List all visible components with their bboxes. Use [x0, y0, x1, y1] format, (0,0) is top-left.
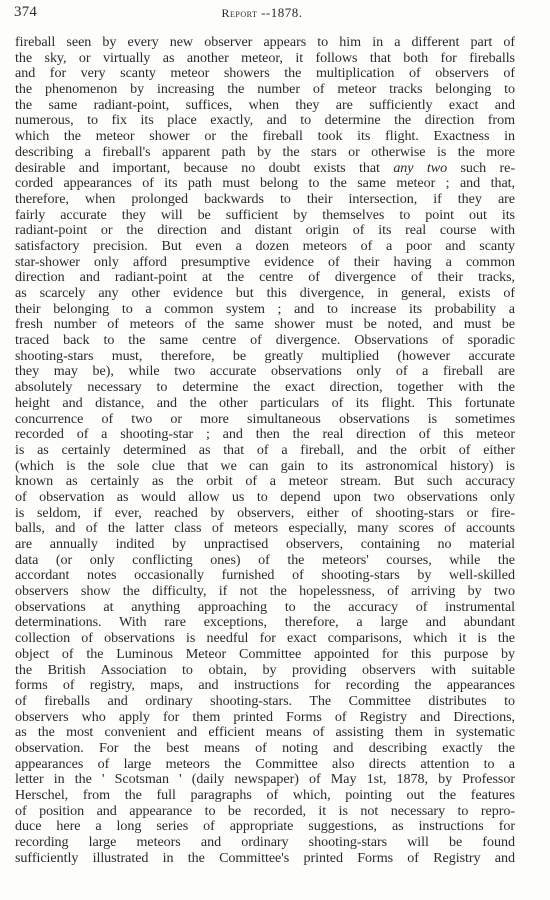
- text-line: observations at anything approaching to …: [15, 600, 515, 616]
- document-page: 374 Report --1878. fireball seen by ever…: [0, 0, 550, 900]
- text-line: as scarcely any other evidence but this …: [15, 286, 515, 302]
- text-line: and for very scanty meteor showers the m…: [15, 66, 515, 82]
- text-line: collection of observations is needful fo…: [15, 631, 515, 647]
- text-line: known as certainly as the orbit of a met…: [15, 474, 515, 490]
- text-line: is as certainly determined as that of a …: [15, 443, 515, 459]
- page-header: 374 Report --1878.: [14, 4, 510, 24]
- text-line: absolutely necessary to determine the ex…: [15, 380, 515, 396]
- text-line: their belonging to a common system ; and…: [15, 302, 515, 318]
- text-line: object of the Luminous Meteor Committee …: [15, 647, 515, 663]
- text-line: of fireballs and ordinary shooting-stars…: [15, 694, 515, 710]
- text-line-start: desirable and important, because no doub…: [15, 161, 380, 176]
- text-line: satisfactory precision. But even a dozen…: [15, 239, 515, 255]
- text-line: observers show the difficulty, if not th…: [15, 584, 515, 600]
- text-line: of observation as would allow us to depe…: [15, 490, 515, 506]
- text-line: the British Association to obtain, by pr…: [15, 663, 515, 679]
- italic-emphasis: any two: [393, 161, 447, 176]
- text-line: describing a fireball's apparent path by…: [15, 145, 515, 161]
- text-line: concurrence of two or more simultaneous …: [15, 412, 515, 428]
- text-line: fairly accurate they will be sufficient …: [15, 208, 515, 224]
- text-line: Herschel, from the full paragraphs of wh…: [15, 788, 515, 804]
- text-line: duce here a long series of appropriate s…: [15, 819, 515, 835]
- text-line: star-shower only afford presumptive evid…: [15, 255, 515, 271]
- text-line: height and distance, and the other parti…: [15, 396, 515, 412]
- text-line: letter in the ' Scotsman ' (daily newspa…: [15, 772, 515, 788]
- text-line: they may be), while two accurate observa…: [15, 364, 515, 380]
- text-line: recorded of a shooting-star ; and then t…: [15, 427, 515, 443]
- text-line: fireball seen by every new observer appe…: [15, 35, 515, 51]
- running-head: Report --1878.: [14, 5, 510, 21]
- text-line-end: such re-: [461, 161, 516, 176]
- text-line: fresh number of meteors of the same show…: [15, 317, 515, 333]
- body-paragraph: fireball seen by every new observer appe…: [15, 35, 515, 866]
- text-line: direction and radiant-point at the centr…: [15, 270, 515, 286]
- text-line: observers who apply for them printed For…: [15, 710, 515, 726]
- text-line: forms of registry, maps, and instruction…: [15, 678, 515, 694]
- text-line: shooting-stars must, therefore, be great…: [15, 349, 515, 365]
- text-line: sufficiently illustrated in the Committe…: [15, 851, 515, 867]
- text-line: of position and appearance to be recorde…: [15, 804, 515, 820]
- text-line: which the meteor shower or the fireball …: [15, 129, 515, 145]
- text-line: corded appearances of its path must belo…: [15, 176, 515, 192]
- text-line: observation. For the best means of notin…: [15, 741, 515, 757]
- running-head-year: 1878.: [271, 5, 303, 20]
- text-line: therefore, when prolonged backwards to t…: [15, 192, 515, 208]
- text-line: (which is the sole clue that we can gain…: [15, 459, 515, 475]
- text-line: data (or only conflicting ones) of the m…: [15, 553, 515, 569]
- text-line: as the most convenient and efficient mea…: [15, 725, 515, 741]
- text-line: accordant notes occasionally furnished o…: [15, 568, 515, 584]
- text-line: is seldom, if ever, reached by observers…: [15, 506, 515, 522]
- text-line-with-italic: desirable and important, because no doub…: [15, 161, 515, 177]
- running-head-separator: --: [257, 5, 270, 20]
- text-line: traced back to the same centre of diverg…: [15, 333, 515, 349]
- text-line: recording large meteors and ordinary sho…: [15, 835, 515, 851]
- text-line: balls, and of the latter class of meteor…: [15, 521, 515, 537]
- text-line: the sky, or virtually as another meteor,…: [15, 51, 515, 67]
- text-line: appearances of large meteors the Committ…: [15, 757, 515, 773]
- text-line: determinations. With rare exceptions, th…: [15, 615, 515, 631]
- text-line: the phenomenon by increasing the number …: [15, 82, 515, 98]
- text-line: the same radiant-point, suffices, when t…: [15, 98, 515, 114]
- text-line: are annually indited by unpractised obse…: [15, 537, 515, 553]
- running-head-title: Report: [221, 6, 257, 20]
- text-line: radiant-point or the direction and dista…: [15, 223, 515, 239]
- text-line: numerous, to fix its place exactly, and …: [15, 113, 515, 129]
